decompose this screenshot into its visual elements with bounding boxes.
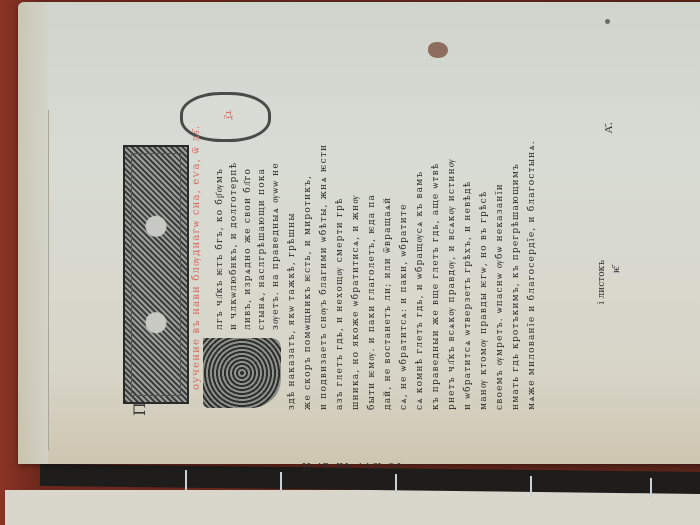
text-line: ливъ, изрѧдно же свои бл҃го <box>244 150 253 330</box>
text-line: дай, не востанетъ ли; или ѿвращаѧй <box>384 125 393 410</box>
catchword: і листокъ <box>597 260 607 304</box>
binding-stitch <box>530 476 532 496</box>
running-head: то ѥѵ. чн а. П <box>300 460 402 471</box>
text-line: и ѡбратитсѧ ѡтверзетъ грѣхъ, и невѣдѣ <box>464 125 473 410</box>
text-line: рнетъ чл҃къ всѧкѹ правдѹ, и всѧкѹ истинѹ <box>448 125 457 410</box>
text-line: и члкѡлюбнкъ, и долготерпѣ <box>230 150 239 330</box>
decorated-drop-capital <box>203 338 281 408</box>
binding-stitch <box>280 472 282 492</box>
text-line: лгъ чл҃къ ѥтъ бгъ, ко бр҃ѹмъ <box>216 150 225 330</box>
text-line: нмать гдь кротъкимъ, къ прегрѣшающимъ <box>512 125 521 410</box>
text-line: шника, но якоже ѡбратитисѧ, и жнѹ <box>352 125 361 410</box>
text-line: мѧже милованїе и благосердїе, и благосты… <box>528 140 537 410</box>
signature-mark: А҃. <box>602 122 615 133</box>
lower-page-edge <box>5 490 700 525</box>
text-line: сѧ, не ѡбратитсѧ: и паки, ѡбратите <box>400 125 409 410</box>
ink-stain <box>428 42 448 58</box>
text-line: своемъ ѹмретъ. ѡпаснѡ ѹбѡ неказанїи <box>496 125 505 410</box>
text-line: зѹетъ. на праведныѧ ѹѡѡ не <box>272 150 281 330</box>
page-fold-line <box>48 110 49 450</box>
binding-stitch <box>185 470 187 490</box>
worn-page-edge <box>18 2 48 464</box>
catchword-numeral: ѥ҃ <box>612 265 622 273</box>
ink-dot <box>605 19 610 24</box>
text-line: стынѧ, наслгрѣшающи пока <box>258 150 267 330</box>
text-line: сѧ комнѣ глетъ гдь, и ѡбращѹсѧ къ вамъ <box>416 125 425 410</box>
text-line: азъ глетъ гдь, и нехощѹ смерти грѣ <box>336 125 345 410</box>
text-line: манѹ ктомѹ правды ѥгѡ, но въ грѣсѣ <box>480 125 489 410</box>
rubric-title: оучение въ нави блѹднагѡ сна, еѵа, ѿ лѕ҃… <box>192 150 202 390</box>
text-line: быти ѥмѹ. и паки глаголетъ, ѥда па <box>368 125 377 410</box>
text-line: здѣ наказатъ, якѡ тажкѣ, грѣшны <box>288 135 297 410</box>
folio-number: тѯ҃ <box>213 100 233 128</box>
title-initial: П <box>130 398 152 416</box>
text-line: и подвизаетъ снѹъ благими ѡбѣты, жнѧ ѥст… <box>320 120 329 410</box>
headpiece-floral-icon <box>131 153 181 396</box>
binding-stitch <box>650 478 652 498</box>
text-line: же скоръ помѡщникъ ѥсть, и миротикъ, <box>304 120 313 410</box>
binding-stitch <box>395 474 397 494</box>
text-line: къ праведныи же вще глетъ гдь, аще ѡтвѣ <box>432 125 441 410</box>
ornamental-headpiece <box>123 145 189 404</box>
